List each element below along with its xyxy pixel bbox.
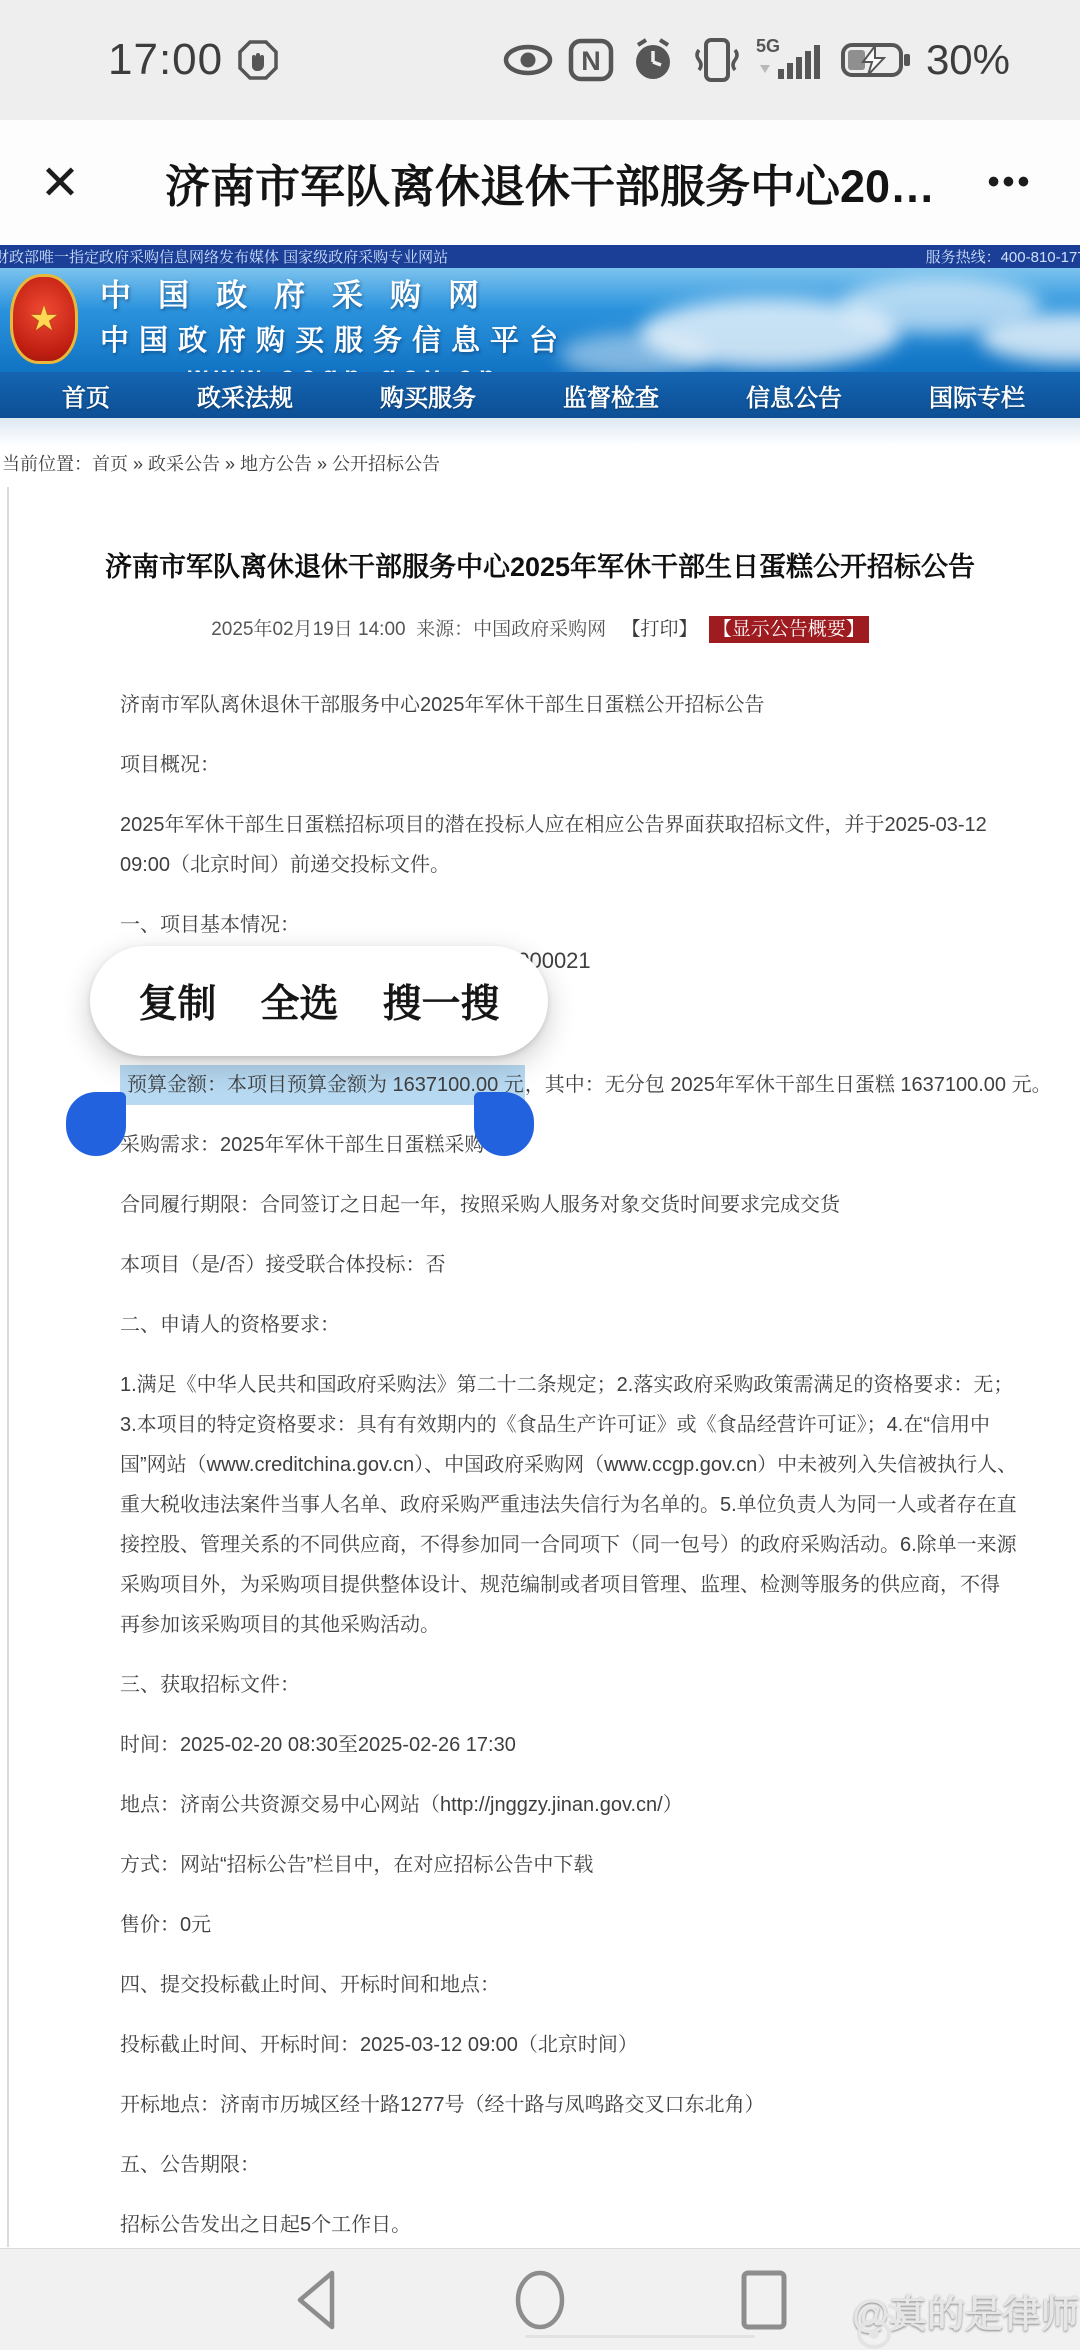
do-not-disturb-hand-icon — [237, 39, 279, 81]
breadcrumb[interactable]: 当前位置：首页 » 政采公告 » 地方公告 » 公开招标公告 — [0, 450, 1080, 476]
site-banner: ★ 中国政府采购网 中国政府购买服务信息平台 www.ccgp.gov.cn — [0, 268, 1080, 372]
body-paragraph: 售价：0元 — [120, 1905, 1018, 1945]
home-icon[interactable] — [512, 2267, 568, 2333]
site-slogan: 财政部唯一指定政府采购信息网络发布媒体 国家级政府采购专业网站 — [0, 246, 448, 267]
back-icon[interactable] — [288, 2267, 344, 2333]
body-paragraph: 时间：2025-02-20 08:30至2025-02-26 17:30 — [120, 1725, 1018, 1765]
nav-item-purchase-service[interactable]: 购买服务 — [380, 378, 476, 413]
body-paragraph: 投标截止时间、开标时间：2025-03-12 09:00（北京时间） — [120, 2025, 1018, 2065]
nav-item-supervision[interactable]: 监督检查 — [563, 378, 659, 413]
selected-text[interactable]: 预算金额：本项目预算金额为 1637100.00 元 — [120, 1065, 525, 1105]
site-top-strip: 财政部唯一指定政府采购信息网络发布媒体 国家级政府采购专业网站 服务热线：400… — [0, 245, 1080, 268]
browser-title-bar: ✕ 济南市军队离休退休干部服务中心20… ••• — [0, 120, 1080, 245]
article-meta: 2025年02月19日 14:00 来源：中国政府采购网 【打印】 【显示公告概… — [0, 614, 1080, 641]
print-button[interactable]: 【打印】 — [621, 619, 697, 640]
body-paragraph: 四、提交投标截止时间、开标时间和地点： — [120, 1965, 1018, 2005]
page-title: 济南市军队离休退休干部服务中心20… — [120, 150, 940, 215]
body-paragraph: 方式：网站“招标公告”栏目中，在对应招标公告中下载 — [120, 1845, 1018, 1885]
site-logo-text: 中国政府采购网 中国政府购买服务信息平台 www.ccgp.gov.cn — [100, 270, 568, 372]
body-paragraph: 采购需求：2025年军休干部生日蛋糕采购 — [120, 1125, 1018, 1165]
nfc-label: N — [581, 46, 601, 76]
article: 济南市军队离休退休干部服务中心2025年军休干部生日蛋糕公开招标公告 2025年… — [0, 487, 1080, 2325]
body-paragraph: 开标地点：济南市历城区经十路1277号（经十路与凤鸣路交叉口东北角） — [120, 2085, 1018, 2125]
vibrate-icon — [691, 36, 743, 84]
nav-item-home[interactable]: 首页 — [62, 378, 110, 413]
site-name: 中国政府采购网 — [100, 270, 568, 315]
budget-paragraph: 预算金额：本项目预算金额为 1637100.00 元，其中：无分包 2025年军… — [120, 1065, 1018, 1105]
recents-icon[interactable] — [736, 2267, 792, 2333]
select-all-button[interactable]: 全选 — [260, 973, 338, 1029]
article-source: 来源：中国政府采购网 — [416, 619, 606, 640]
battery-charging-icon — [841, 38, 913, 82]
body-paragraph: 二、申请人的资格要求： — [120, 1305, 1018, 1345]
nav-item-regulations[interactable]: 政采法规 — [197, 378, 293, 413]
site-url: www.ccgp.gov.cn — [188, 362, 568, 372]
watermark: @真的是律师 — [852, 2283, 1079, 2338]
body-paragraph: 济南市军队离休退休干部服务中心2025年军休干部生日蛋糕公开招标公告 — [120, 685, 1018, 725]
site-subtitle: 中国政府购买服务信息平台 — [100, 318, 568, 359]
emblem-star: ★ — [29, 302, 59, 336]
eye-comfort-icon — [502, 41, 554, 79]
nav-shadow — [0, 418, 1080, 446]
status-bar: 17:00 N — [0, 0, 1080, 120]
nav-item-announcements[interactable]: 信息公告 — [746, 378, 842, 413]
more-menu-icon[interactable]: ••• — [940, 163, 1080, 202]
alarm-icon — [628, 37, 678, 83]
body-paragraph: 本项目（是/否）接受联合体投标：否 — [120, 1245, 1018, 1285]
body-paragraph: 招标公告发出之日起5个工作日。 — [120, 2205, 1018, 2245]
nav-item-international[interactable]: 国际专栏 — [929, 378, 1025, 413]
article-title: 济南市军队离休退休干部服务中心2025年军休干部生日蛋糕公开招标公告 — [0, 545, 1080, 584]
weibo-icon — [852, 2301, 906, 2350]
publish-datetime: 2025年02月19日 14:00 — [211, 619, 405, 640]
body-paragraph: 项目概况： — [120, 745, 1018, 785]
body-paragraph: 2025年军休干部生日蛋糕招标项目的潜在投标人应在相应公告界面获取招标文件，并于… — [120, 805, 1018, 885]
main-nav: 首页 政采法规 购买服务 监督检查 信息公告 国际专栏 — [0, 372, 1080, 418]
nfc-icon: N — [567, 37, 615, 83]
show-summary-badge[interactable]: 【显示公告概要】 — [709, 616, 869, 643]
service-hotline: 服务热线：400-810-1770 — [926, 246, 1080, 267]
copy-button[interactable]: 复制 — [138, 973, 216, 1029]
selection-handle-right[interactable] — [474, 1092, 534, 1156]
system-nav-bar: @真的是律师 — [0, 2248, 1080, 2350]
body-paragraph: 一、项目基本情况： — [120, 905, 1018, 945]
body-paragraph: 五、公告期限： — [120, 2145, 1018, 2185]
clock-time: 17:00 — [108, 35, 223, 85]
battery-percent: 30% — [926, 36, 1010, 84]
article-body: 济南市军队离休退休干部服务中心2025年军休干部生日蛋糕公开招标公告 项目概况：… — [0, 685, 1080, 2305]
selection-handle-left[interactable] — [66, 1092, 126, 1156]
body-paragraph: 1.满足《中华人民共和国政府采购法》第二十二条规定；2.落实政府采购政策需满足的… — [120, 1365, 1018, 1645]
signal-5g-icon: 5G — [756, 35, 828, 85]
text-selection-popup: 复制 全选 搜一搜 — [90, 946, 548, 1056]
body-paragraph: 地点：济南公共资源交易中心网站（http://jnggzy.jinan.gov.… — [120, 1785, 1018, 1825]
phone-screen: 17:00 N — [0, 0, 1080, 2350]
national-emblem-logo: ★ — [10, 274, 78, 364]
budget-rest: ，其中：无分包 2025年军休干部生日蛋糕 1637100.00 元。 — [525, 1074, 1052, 1096]
search-button[interactable]: 搜一搜 — [383, 973, 500, 1029]
body-paragraph: 三、获取招标文件： — [120, 1665, 1018, 1705]
network-type-label: 5G — [756, 36, 780, 56]
close-icon[interactable]: ✕ — [0, 155, 120, 211]
body-paragraph: 合同履行期限：合同签订之日起一年，按照采购人服务对象交货时间要求完成交货 — [120, 1185, 1018, 1225]
page-bottom-line — [525, 2335, 755, 2338]
